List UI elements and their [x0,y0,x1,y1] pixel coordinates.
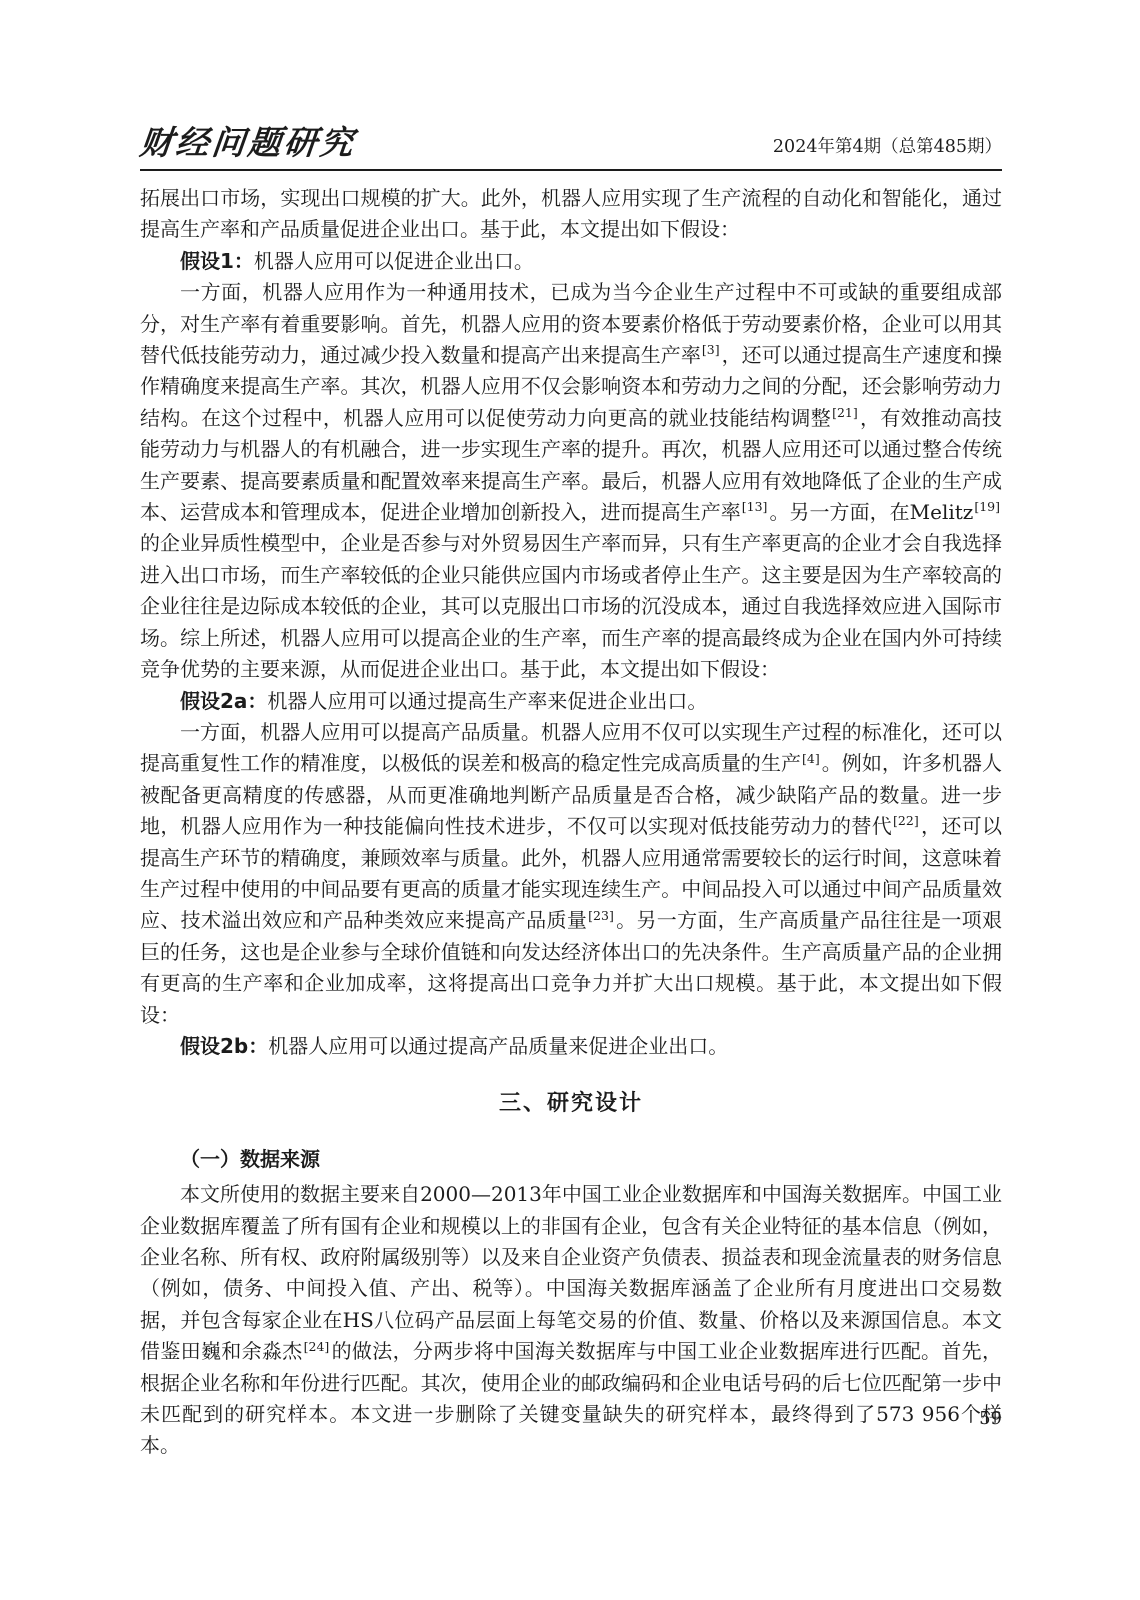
article-body: 拓展出口市场，实现出口规模的扩大。此外，机器人应用实现了生产流程的自动化和智能化… [140,183,1002,1462]
citation-ref: [19] [974,499,1000,514]
paper-page: 财经问题研究 2024年第4期（总第485期） 拓展出口市场，实现出口规模的扩大… [0,0,1140,1600]
hypothesis-label: 假设2b： [180,1034,268,1058]
citation-ref: [13] [742,499,768,514]
page-number: 59 [950,1408,1002,1429]
citation-ref: [21] [832,405,858,420]
hypothesis-label: 假设2a： [180,689,267,713]
text-run: 本文所使用的数据主要来自2000—2013年中国工业企业数据库和中国海关数据库。… [140,1182,1002,1363]
text-run: 。另一方面，在Melitz [769,500,973,524]
citation-ref: [24] [304,1339,330,1354]
hypothesis-2a: 假设2a：机器人应用可以通过提高生产率来促进企业出口。 [140,686,1002,717]
subsection-heading-data-source: （一）数据来源 [140,1144,1002,1175]
paragraph-data-source: 本文所使用的数据主要来自2000—2013年中国工业企业数据库和中国海关数据库。… [140,1179,1002,1462]
text-run: 机器人应用可以通过提高生产率来促进企业出口。 [267,689,707,713]
text-run: 的企业异质性模型中，企业是否参与对外贸易因生产率而异，只有生产率更高的企业才会自… [140,531,1002,681]
issue-info: 2024年第4期（总第485期） [773,139,1002,160]
citation-ref: [4] [802,751,820,766]
citation-ref: [22] [893,813,919,828]
journal-header: 财经问题研究 2024年第4期（总第485期） [140,126,1002,171]
hypothesis-label: 假设1： [180,249,254,273]
paragraph-quality-mechanism: 一方面，机器人应用可以提高产品质量。机器人应用不仅可以实现生产过程的标准化，还可… [140,717,1002,1031]
journal-logo: 财经问题研究 [138,126,357,159]
citation-ref: [23] [588,908,614,923]
paragraph-productivity-mechanism: 一方面，机器人应用作为一种通用技术，已成为当今企业生产过程中不可或缺的重要组成部… [140,277,1002,685]
text-run: 机器人应用可以通过提高产品质量来促进企业出口。 [268,1034,728,1058]
page-content: 财经问题研究 2024年第4期（总第485期） 拓展出口市场，实现出口规模的扩大… [140,126,1002,1462]
section-heading-research-design: 三、研究设计 [140,1088,1002,1119]
text-run: 拓展出口市场，实现出口规模的扩大。此外，机器人应用实现了生产流程的自动化和智能化… [140,186,1002,241]
citation-ref: [3] [702,342,720,357]
hypothesis-2b: 假设2b：机器人应用可以通过提高产品质量来促进企业出口。 [140,1031,1002,1062]
text-run: 机器人应用可以促进企业出口。 [254,249,534,273]
hypothesis-1: 假设1：机器人应用可以促进企业出口。 [140,246,1002,277]
paragraph-intro: 拓展出口市场，实现出口规模的扩大。此外，机器人应用实现了生产流程的自动化和智能化… [140,183,1002,246]
